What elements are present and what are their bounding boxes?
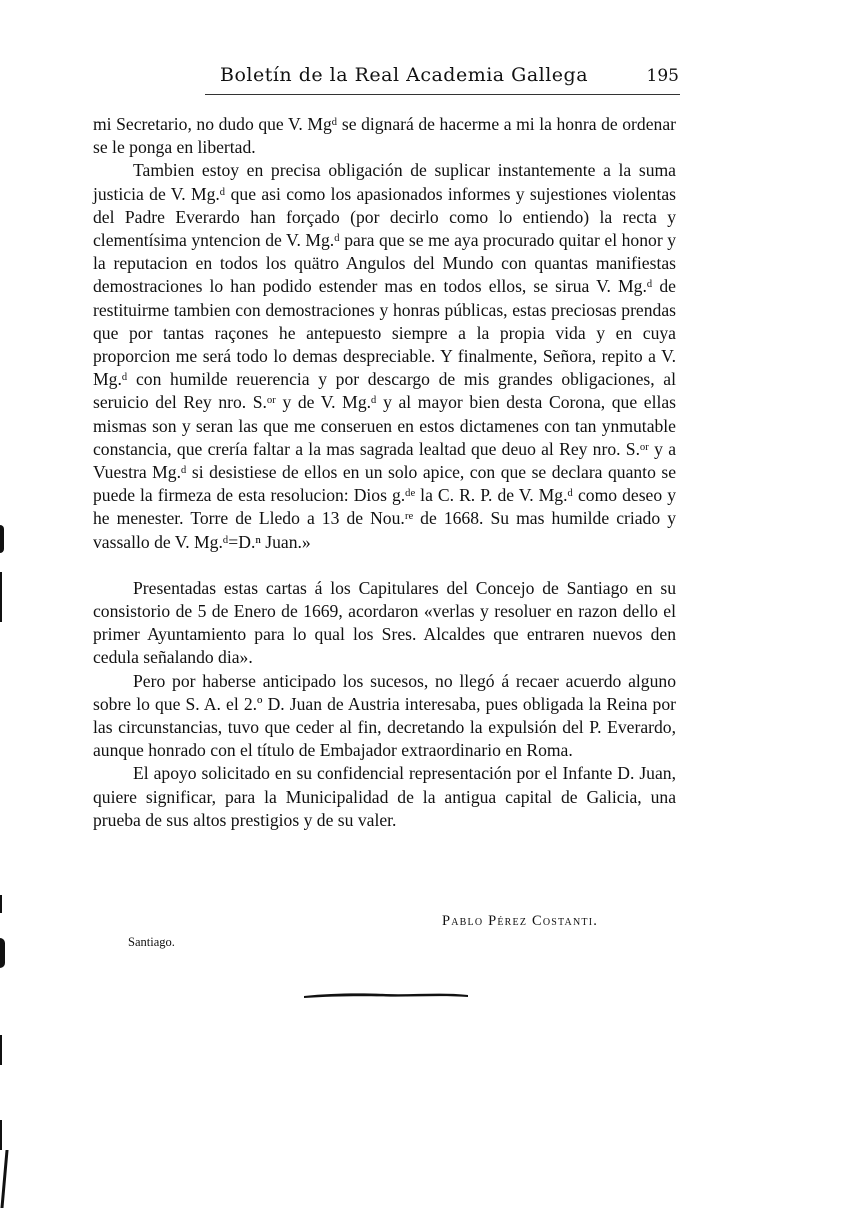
paragraph: Presentadas estas cartas á los Capitular… xyxy=(93,577,676,670)
running-header: Boletín de la Real Academia Gallega 195 xyxy=(205,62,685,94)
scan-edge-mark xyxy=(0,1035,2,1065)
header-rule xyxy=(205,94,680,95)
paragraph: El apoyo solicitado en su confidencial r… xyxy=(93,762,676,832)
journal-title: Boletín de la Real Academia Gallega xyxy=(220,64,588,86)
document-page: Boletín de la Real Academia Gallega 195 … xyxy=(0,0,850,1208)
paragraph: mi Secretario, no dudo que V. Mgᵈ se dig… xyxy=(93,113,676,159)
paragraph: Tambien estoy en precisa obligación de s… xyxy=(93,159,676,553)
article-body: mi Secretario, no dudo que V. Mgᵈ se dig… xyxy=(93,113,676,832)
scan-edge-mark xyxy=(0,1120,2,1150)
place-line: Santiago. xyxy=(128,935,175,950)
scan-edge-mark xyxy=(0,1150,8,1208)
scan-edge-mark xyxy=(0,895,2,913)
scan-edge-mark xyxy=(0,525,4,553)
paragraph: Pero por haberse anticipado los sucesos,… xyxy=(93,670,676,763)
author-signature: Pablo Pérez Costanti. xyxy=(442,913,598,930)
scan-edge-mark xyxy=(0,572,2,622)
scan-edge-mark xyxy=(0,938,5,968)
page-number: 195 xyxy=(647,66,679,86)
end-ornament-rule xyxy=(302,990,470,1000)
